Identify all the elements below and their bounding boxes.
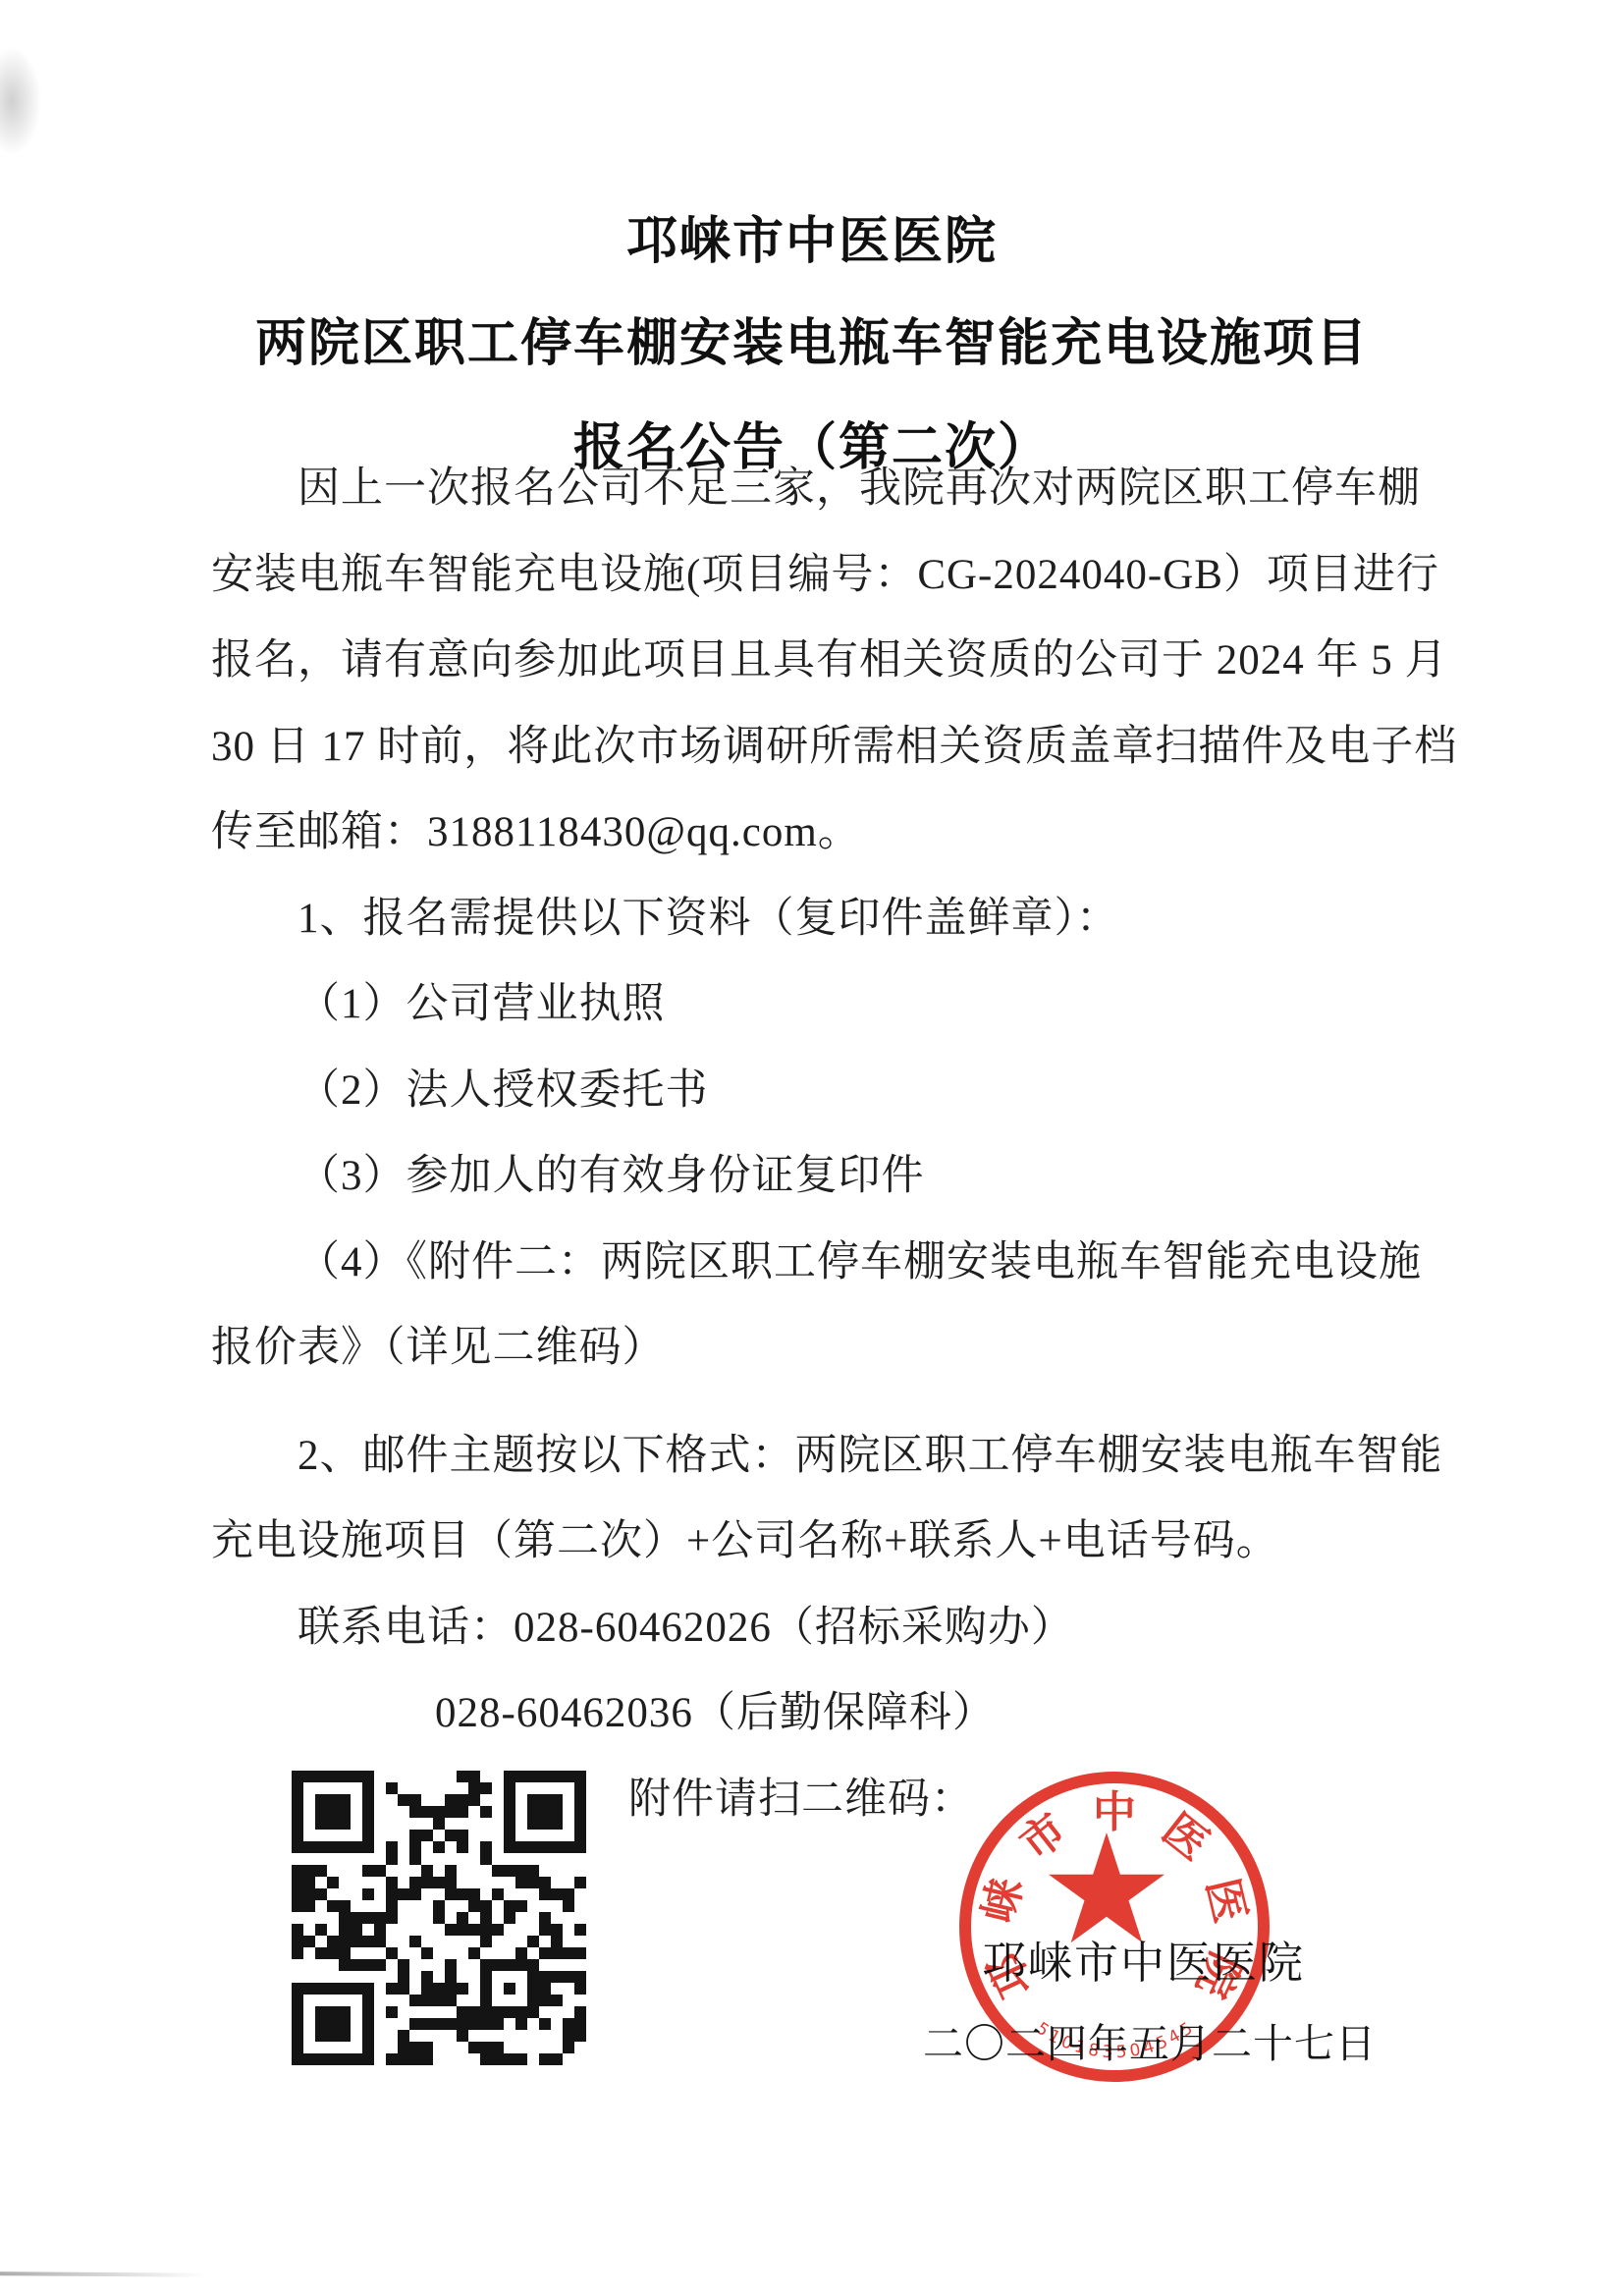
scan-shadow bbox=[0, 47, 41, 155]
document-title-project: 两院区职工停车棚安装电瓶车智能充电设施项目 bbox=[0, 301, 1624, 375]
body-line: 报价表》（详见二维码） bbox=[211, 1323, 666, 1374]
body-line: 传至邮箱：3188118430@qq.com。 bbox=[211, 807, 861, 858]
body-line: （2）法人授权委托书 bbox=[298, 1066, 709, 1117]
body-line: 充电设施项目（第二次）+公司名称+联系人+电话号码。 bbox=[211, 1516, 1279, 1567]
svg-text:医: 医 bbox=[1197, 1874, 1254, 1927]
svg-text:1: 1 bbox=[1072, 2037, 1088, 2058]
svg-text:0: 0 bbox=[1128, 2040, 1142, 2061]
body-line: （1）公司营业执照 bbox=[298, 979, 666, 1030]
qr-code bbox=[292, 1771, 586, 2065]
svg-text:中: 中 bbox=[1093, 1788, 1136, 1836]
svg-text:5: 5 bbox=[1115, 2043, 1127, 2063]
body-line: （4）《附件二：两院区职工停车棚安装电瓶车智能充电设施 bbox=[298, 1237, 1422, 1288]
svg-text:崃: 崃 bbox=[975, 1874, 1032, 1927]
body-line: 因上一次报名公司不足三家，我院再次对两院区职工停车棚 bbox=[298, 464, 1421, 515]
svg-text:3: 3 bbox=[1102, 2043, 1113, 2063]
svg-text:院: 院 bbox=[1187, 1945, 1249, 2005]
body-line: 安装电瓶车智能充电设施(项目编号：CG-2024040-GB）项目进行 bbox=[211, 550, 1439, 601]
document-title-org: 邛崃市中医医院 bbox=[0, 199, 1624, 273]
body-line: 028-60462036（后勤保障科） bbox=[435, 1688, 996, 1739]
body-line: （3）参加人的有效身份证复印件 bbox=[298, 1151, 925, 1202]
document-page: 邛崃市中医医院 两院区职工停车棚安装电瓶车智能充电设施项目 报名公告（第二次） … bbox=[0, 0, 1624, 2296]
body-line: 附件请扫二维码： bbox=[628, 1775, 974, 1826]
body-line: 报名，请有意向参加此项目且具有相关资质的公司于 2024 年 5 月 bbox=[211, 635, 1448, 686]
scan-edge bbox=[0, 2271, 206, 2276]
svg-text:邛: 邛 bbox=[980, 1945, 1042, 2005]
body-line: 2、邮件主题按以下格式：两院区职工停车棚安装电瓶车智能 bbox=[298, 1431, 1443, 1482]
svg-text:8: 8 bbox=[1087, 2040, 1101, 2061]
body-line: 联系电话：028-60462026（招标采购办） bbox=[298, 1603, 1074, 1654]
body-line: 30 日 17 时前，将此次市场调研所需相关资质盖章扫描件及电子档 bbox=[211, 722, 1457, 773]
official-seal: 邛崃市中医医院510183504545 bbox=[947, 1760, 1281, 2094]
body-line: 1、报名需提供以下资料（复印件盖鲜章）： bbox=[298, 894, 1119, 945]
